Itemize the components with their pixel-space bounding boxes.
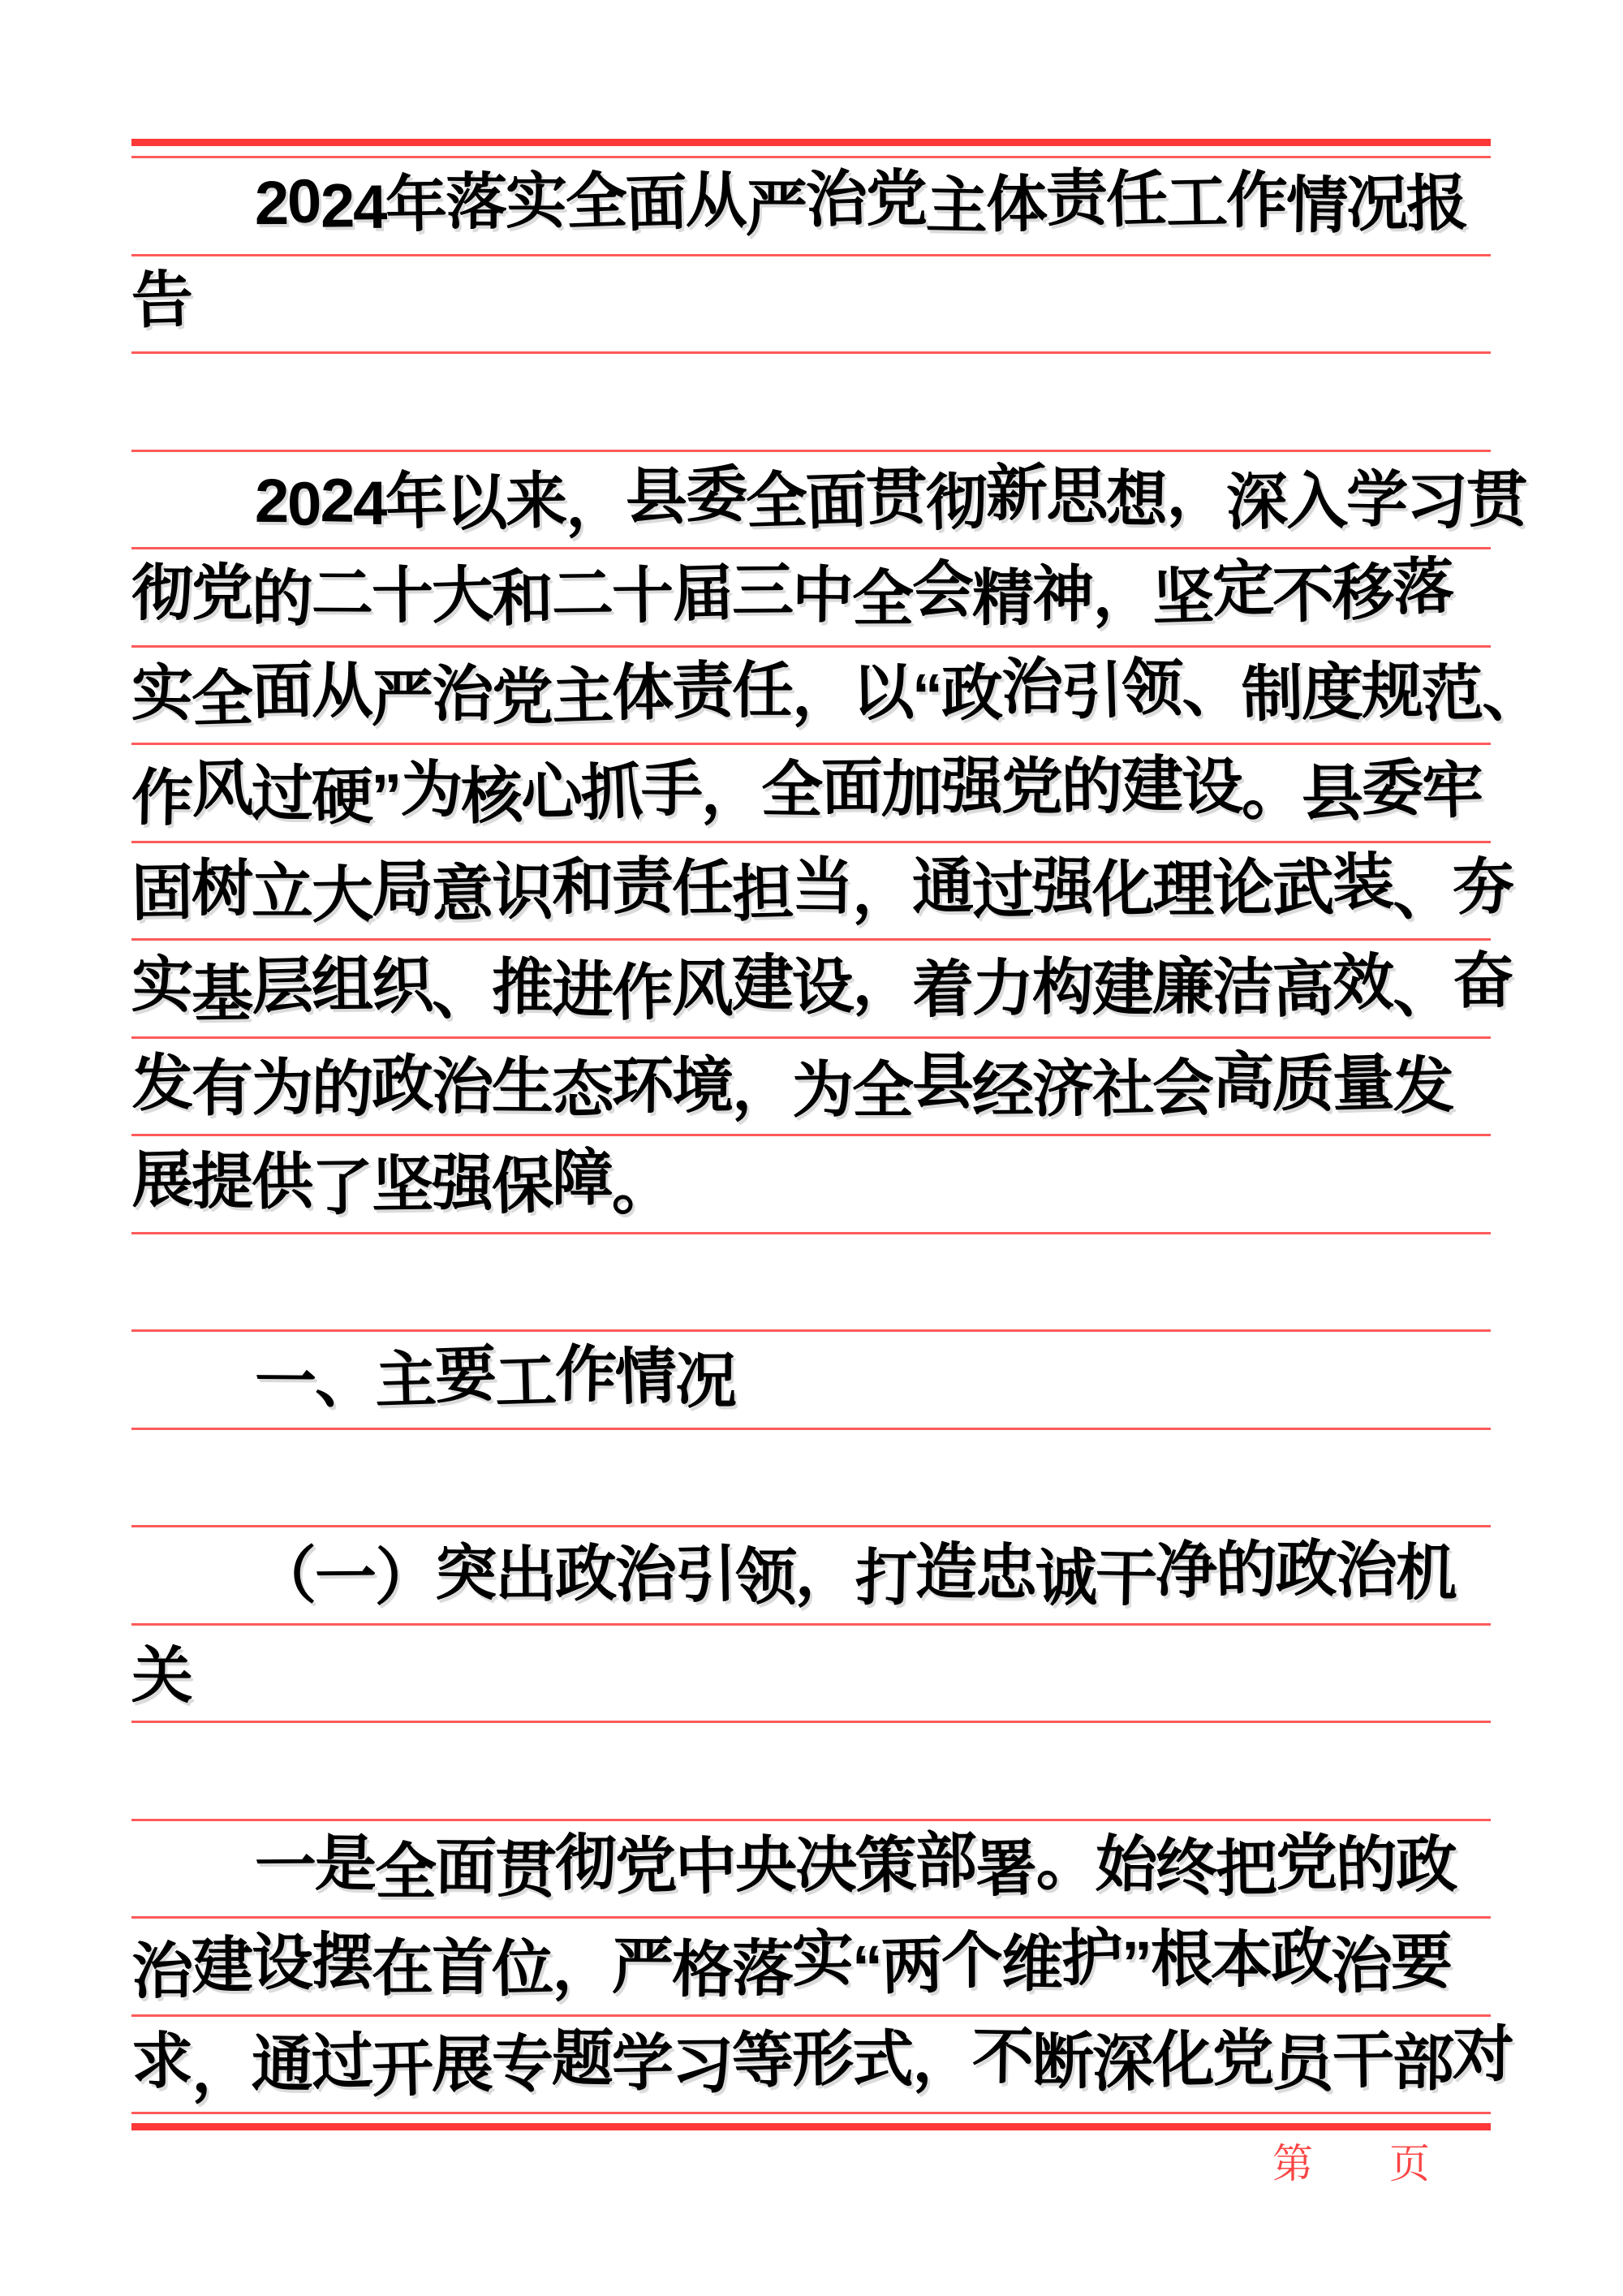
char-glyph: 干 [1095, 1529, 1156, 1628]
char-glyph: 摆 [311, 1913, 372, 2012]
char-glyph: 工 [1165, 153, 1227, 252]
char-glyph: 面 [434, 1817, 495, 1916]
char-glyph: 县 [1302, 745, 1363, 843]
char-glyph: 体 [986, 156, 1047, 255]
char-glyph: 新 [985, 444, 1046, 543]
char-glyph: 意 [430, 844, 493, 944]
char-glyph: 部 [915, 1811, 976, 1910]
char-glyph: 树 [192, 839, 252, 937]
char-glyph: 年 [385, 155, 446, 254]
char-glyph: 彻 [554, 1814, 616, 1913]
char-glyph: 实 [131, 936, 192, 1035]
char-glyph: 员 [1272, 2014, 1333, 2113]
char-glyph: 中 [674, 1817, 737, 1917]
char-glyph: 的 [1214, 1521, 1276, 1621]
char-glyph: （ [255, 1527, 315, 1625]
char-glyph: 突 [434, 1524, 496, 1623]
char-glyph: 本 [1210, 1911, 1272, 2010]
char-glyph: 廉 [1152, 937, 1212, 1036]
char-glyph: 习 [672, 2017, 733, 2115]
char-glyph: 县 [912, 1032, 973, 1131]
char-glyph: 全 [760, 741, 822, 840]
char-glyph: 风 [672, 940, 733, 1038]
char-glyph: 严 [611, 1918, 672, 2017]
char-glyph: 委 [1362, 739, 1423, 838]
char-glyph: 式 [852, 2010, 913, 2109]
char-glyph: 为 [400, 740, 462, 839]
char-glyph: 党 [492, 648, 552, 747]
char-glyph: 政 [554, 1525, 616, 1624]
page-number-prefix-label: 第 [1272, 2139, 1313, 2188]
section-heading-line: 一、主要工作情况 [131, 1326, 1614, 1429]
body-line: 治建设摆在首位，严格落实“两个维护”根本政治要 [131, 1911, 1492, 2016]
char-glyph: 诚 [1035, 1529, 1097, 1629]
char-glyph: 体 [611, 644, 673, 743]
char-glyph: 开 [370, 2019, 433, 2119]
char-glyph: 强 [431, 1134, 493, 1233]
char-glyph: 决 [795, 1816, 856, 1915]
char-glyph: 党 [613, 1816, 677, 1916]
char-glyph: 治 [1335, 1521, 1397, 1621]
char-glyph: 着 [911, 941, 974, 1040]
char-glyph: 面 [624, 154, 687, 254]
char-glyph: 求 [131, 2012, 192, 2111]
char-glyph: 十 [611, 547, 672, 646]
char-glyph: 设 [790, 937, 854, 1037]
char-glyph: 化 [1151, 2010, 1213, 2109]
char-glyph: 作 [554, 1325, 616, 1424]
char-glyph: 入 [1286, 452, 1347, 551]
char-glyph: 主 [373, 1331, 437, 1431]
char-glyph: 干 [1332, 2011, 1393, 2110]
char-glyph: 忠 [975, 1524, 1036, 1623]
char-glyph: 面 [804, 451, 867, 551]
char-glyph: 党 [1276, 1813, 1337, 1911]
char-glyph: 装 [1331, 832, 1394, 932]
char-glyph: 会 [912, 541, 972, 640]
char-glyph: 贯 [865, 447, 928, 547]
char-glyph: 2 [255, 154, 288, 252]
char-glyph: ， [1165, 444, 1228, 544]
char-glyph: 彻 [924, 453, 987, 553]
char-glyph: ” [1121, 1915, 1151, 2013]
char-glyph: 想 [1105, 450, 1167, 549]
char-glyph: 政 [941, 644, 1001, 743]
char-glyph: 过 [310, 2012, 373, 2112]
char-glyph: ， [792, 644, 852, 742]
char-glyph: 主 [925, 157, 987, 256]
char-glyph: 以 [445, 454, 506, 553]
char-glyph: 十 [371, 547, 432, 646]
body-line: 2024年以来，县委全面贯彻新思想，深入学习贯 [131, 446, 1614, 549]
char-glyph: 从 [312, 642, 372, 740]
char-glyph: 把 [1215, 1820, 1276, 1919]
char-glyph: 、 [1392, 941, 1453, 1040]
char-glyph: 规 [1362, 642, 1422, 740]
char-glyph: ， [551, 1918, 613, 2017]
char-glyph: 专 [492, 2015, 552, 2113]
char-glyph: 推 [491, 938, 552, 1037]
char-glyph: 、 [1180, 639, 1243, 739]
char-glyph: 度 [1302, 644, 1362, 742]
char-glyph: 加 [881, 741, 941, 839]
char-glyph: 工 [493, 1332, 556, 1432]
char-glyph: 和 [552, 838, 612, 937]
char-glyph: 届 [670, 544, 733, 644]
page-number-suffix-label: 页 [1389, 2139, 1430, 2188]
char-glyph: 治 [614, 1525, 677, 1625]
char-glyph: 深 [1091, 2014, 1154, 2113]
char-glyph: 。 [611, 1139, 673, 1238]
char-glyph: 量 [1331, 1033, 1394, 1133]
char-glyph: ， [852, 842, 913, 940]
char-glyph: 全 [190, 649, 253, 749]
char-glyph: 强 [1031, 837, 1093, 936]
char-glyph: 强 [941, 737, 1002, 836]
char-glyph: 环 [611, 1036, 672, 1135]
char-glyph: 层 [250, 937, 312, 1036]
char-glyph: 不 [1272, 546, 1333, 645]
char-glyph: ， [701, 743, 762, 841]
char-glyph: 。 [1242, 743, 1302, 842]
char-glyph: 境 [671, 1036, 732, 1135]
char-glyph: 洁 [1212, 938, 1272, 1036]
char-glyph: 范 [1420, 644, 1483, 743]
char-glyph: 为 [251, 1038, 313, 1138]
subsection-heading-line: （一）突出政治引领，打造忠诚干净的政治机 [131, 1523, 1614, 1625]
char-glyph: 制 [1240, 644, 1302, 743]
char-glyph: 引 [674, 1525, 736, 1624]
char-glyph: 三 [732, 542, 793, 640]
char-glyph: 2 [255, 451, 288, 549]
body-line: 彻党的二十大和二十届三中全会精神，坚定不移落 [131, 542, 1492, 647]
char-glyph: 、 [315, 1331, 375, 1429]
char-glyph: 彻 [131, 545, 192, 644]
char-glyph: 造 [915, 1523, 976, 1622]
char-glyph: 净 [1156, 1522, 1216, 1620]
char-glyph: 作 [611, 943, 674, 1043]
subsection-heading-line: 关 [131, 1620, 1491, 1723]
char-glyph: 落 [1391, 537, 1453, 637]
char-glyph: ， [794, 1525, 856, 1624]
char-glyph: 落 [445, 153, 506, 252]
char-glyph: 提 [192, 1133, 252, 1231]
char-glyph: 主 [550, 647, 613, 747]
char-glyph: 、 [1481, 644, 1543, 743]
char-glyph: 硬 [311, 747, 373, 847]
document-page: 2024年落实全面从严治党主体责任工作情况报告2024年以来，县委全面贯彻新思想… [0, 0, 1623, 2296]
char-glyph: 会 [1152, 1039, 1213, 1137]
char-glyph: 责 [670, 641, 733, 741]
body-line: 作风过硬”为核心抓手，全面加强党的建设。县委牢 [131, 739, 1491, 842]
char-glyph: 4 [353, 454, 385, 552]
char-glyph: 、 [432, 943, 492, 1041]
char-glyph: 了 [311, 1139, 372, 1238]
char-glyph: 高 [1271, 940, 1334, 1040]
char-glyph: 中 [791, 546, 853, 645]
char-glyph: ” [370, 747, 403, 846]
char-glyph: 面 [251, 641, 313, 741]
char-glyph: 建 [732, 934, 793, 1033]
char-glyph: 定 [1211, 539, 1274, 639]
char-glyph: 大 [430, 545, 493, 645]
char-glyph: 治 [1330, 1916, 1393, 2016]
char-glyph: 一 [255, 1816, 316, 1915]
char-glyph: 核 [459, 747, 522, 846]
char-glyph: ， [850, 933, 913, 1032]
char-glyph: ， [732, 1038, 792, 1136]
char-glyph: 始 [1095, 1815, 1156, 1914]
char-glyph: 的 [1061, 738, 1122, 837]
char-glyph: 供 [251, 1132, 313, 1232]
char-glyph: 落 [731, 1919, 793, 2018]
char-glyph: 全 [852, 550, 912, 648]
char-glyph: 社 [1091, 1040, 1154, 1139]
footer-rule-thick [131, 2123, 1491, 2130]
char-glyph: 署 [975, 1819, 1037, 1919]
char-glyph: 贯 [495, 1821, 556, 1920]
char-glyph: 过 [971, 842, 1033, 941]
char-glyph: 来 [505, 451, 566, 550]
char-glyph: 立 [252, 843, 312, 941]
char-glyph: 构 [1032, 938, 1092, 1036]
char-glyph: 固 [131, 843, 192, 942]
char-glyph: 的 [1334, 1816, 1397, 1915]
char-glyph: ， [911, 2010, 973, 2109]
char-glyph: 奋 [1452, 932, 1513, 1031]
char-glyph: “ [852, 1919, 882, 2017]
char-glyph: 政 [1275, 1519, 1337, 1618]
char-glyph: 情 [613, 1327, 677, 1427]
char-glyph: 2 [320, 157, 354, 255]
char-glyph: 化 [1091, 839, 1154, 939]
char-glyph: 况 [1345, 154, 1408, 254]
char-glyph: 是 [314, 1814, 376, 1913]
char-glyph: 展 [432, 2016, 492, 2114]
char-glyph: 态 [550, 1040, 613, 1139]
char-glyph: 全 [375, 1823, 435, 1921]
char-glyph: 治 [1001, 638, 1061, 736]
char-glyph: 坚 [1151, 548, 1214, 648]
char-glyph: 的 [311, 1040, 372, 1139]
char-glyph: 党 [192, 544, 252, 642]
char-glyph: 全 [852, 1041, 912, 1139]
char-glyph: 当 [791, 837, 853, 936]
char-glyph: 党 [1001, 738, 1062, 837]
char-glyph: 党 [866, 150, 926, 248]
char-glyph: 一 [314, 1529, 375, 1628]
body-line: 展提供了坚强保障。 [131, 1130, 1491, 1234]
char-glyph: 全 [744, 451, 807, 551]
char-glyph: 对 [1453, 2005, 1513, 2103]
char-glyph: 年 [384, 451, 447, 551]
char-glyph: 严 [746, 160, 807, 259]
char-glyph: 要 [433, 1325, 497, 1425]
char-glyph: 效 [1332, 933, 1393, 1032]
char-glyph: 部 [1392, 2014, 1453, 2113]
char-glyph: 告 [130, 250, 192, 350]
char-glyph: 0 [286, 454, 321, 554]
char-glyph: “ [912, 647, 941, 745]
char-glyph: 关 [131, 1626, 192, 1725]
char-glyph: 作 [131, 749, 192, 848]
char-glyph: 任 [671, 838, 733, 937]
body-line: 发有为的政治生态环境，为全县经济社会高质量发 [131, 1036, 1491, 1136]
char-glyph: 通 [251, 2015, 312, 2114]
char-glyph: 出 [494, 1526, 555, 1625]
char-glyph: 思 [1046, 447, 1107, 546]
char-glyph: 治 [804, 149, 867, 249]
char-glyph: 等 [730, 2010, 794, 2110]
title-line: 告 [131, 250, 1491, 353]
char-glyph: 题 [551, 2009, 613, 2108]
char-glyph: 央 [735, 1816, 796, 1914]
header-rule-thick [131, 139, 1491, 146]
char-glyph: 展 [131, 1131, 193, 1230]
char-glyph: 形 [791, 2010, 853, 2109]
char-glyph: 严 [372, 649, 433, 747]
char-glyph: 有 [192, 1039, 252, 1138]
char-glyph: ） [374, 1529, 436, 1628]
char-glyph: 学 [611, 2014, 673, 2113]
char-glyph: 担 [730, 844, 793, 944]
char-glyph: 深 [1225, 452, 1287, 551]
page-number-footer: 第 页 [1272, 2139, 1430, 2188]
char-glyph: 抓 [579, 743, 643, 842]
char-glyph: 政 [1269, 1908, 1332, 2008]
char-glyph: 任 [732, 641, 792, 739]
char-glyph: 风 [190, 739, 253, 839]
char-glyph: 作 [1226, 152, 1287, 251]
char-glyph: 实 [506, 153, 566, 251]
char-glyph: 精 [972, 549, 1032, 648]
char-glyph: 一 [254, 1333, 315, 1432]
char-glyph: 建 [1121, 736, 1182, 835]
char-glyph: 生 [491, 1037, 552, 1136]
body-line: 固树立大局意识和责任担当，通过强化理论武装、夯 [131, 837, 1491, 940]
char-glyph: 责 [611, 837, 672, 936]
char-glyph: 不 [971, 2007, 1033, 2106]
char-glyph: 经 [971, 1041, 1032, 1140]
char-glyph: 报 [1405, 153, 1468, 253]
char-glyph: 况 [675, 1332, 735, 1430]
char-glyph: 和 [491, 549, 553, 648]
char-glyph: 牢 [1420, 741, 1483, 841]
char-glyph: 进 [551, 941, 613, 1040]
char-glyph: 组 [311, 936, 372, 1035]
char-glyph: 委 [686, 446, 746, 544]
char-glyph: 0 [286, 152, 321, 251]
char-glyph: 面 [820, 738, 881, 837]
char-glyph: 贯 [1466, 450, 1527, 549]
char-glyph: 终 [1155, 1818, 1216, 1917]
char-glyph: 大 [311, 846, 372, 945]
char-glyph: 全 [564, 152, 627, 252]
char-glyph: 障 [552, 1129, 612, 1227]
char-glyph: 县 [626, 447, 687, 545]
char-glyph: 设 [1181, 738, 1242, 837]
char-glyph: 济 [1031, 1040, 1093, 1139]
char-glyph: 领 [735, 1529, 796, 1627]
char-glyph: 夯 [1451, 838, 1513, 937]
char-glyph: 断 [1032, 2012, 1093, 2111]
char-glyph: 机 [1395, 1524, 1457, 1623]
char-glyph: 的 [252, 550, 312, 648]
char-glyph: 设 [252, 1914, 312, 2012]
char-glyph: 移 [1332, 544, 1393, 643]
char-glyph: 要 [1391, 1913, 1452, 2012]
char-glyph: 治 [432, 644, 493, 743]
char-glyph: 、 [1392, 842, 1453, 941]
char-glyph: 神 [1032, 545, 1092, 644]
char-glyph: 识 [491, 842, 553, 941]
char-glyph: 心 [520, 743, 583, 842]
char-glyph: 在 [371, 1919, 432, 2018]
char-glyph: 打 [855, 1529, 916, 1628]
char-glyph: 政 [1395, 1816, 1457, 1915]
char-glyph: 4 [352, 158, 385, 256]
char-glyph: 学 [1345, 450, 1407, 549]
body-line: 实基层组织、推进作风建设，着力构建廉洁高效、奋 [131, 935, 1491, 1038]
char-glyph: 局 [372, 840, 433, 938]
char-glyph: 保 [490, 1136, 553, 1236]
char-glyph: 力 [971, 940, 1032, 1039]
char-glyph: 个 [941, 1912, 1001, 2010]
char-glyph: 党 [1212, 2009, 1272, 2108]
char-glyph: 质 [1272, 1035, 1333, 1134]
char-glyph: 建 [1092, 940, 1153, 1038]
char-glyph: 责 [1045, 149, 1106, 248]
char-glyph: 织 [370, 937, 433, 1036]
char-glyph: 以 [851, 643, 914, 743]
char-glyph: 任 [1104, 150, 1168, 250]
char-glyph: 为 [791, 1040, 854, 1140]
char-glyph: ， [1091, 544, 1153, 644]
char-glyph: 治 [431, 1037, 493, 1136]
char-glyph: 理 [1152, 840, 1212, 938]
char-glyph: 位 [491, 1919, 553, 2018]
char-glyph: 论 [1212, 839, 1273, 937]
char-glyph: 维 [1001, 1915, 1062, 2014]
char-glyph: 情 [1285, 157, 1347, 256]
char-glyph: 领 [1121, 639, 1182, 738]
body-line: 实全面从严治党主体责任，以“政治引领、制度规范、 [131, 640, 1492, 745]
char-glyph: 2 [319, 451, 354, 550]
body-line: 一是全面贯彻党中央决策部署。始终把党的政 [131, 1811, 1615, 1918]
body-line: 求，通过开展专题学习等形式，不断深化党员干部对 [131, 2009, 1492, 2113]
char-glyph: 习 [1406, 452, 1467, 551]
char-glyph: 护 [1060, 1908, 1123, 2008]
char-glyph: 二 [312, 545, 372, 643]
char-glyph: ， [566, 454, 626, 554]
char-glyph: 引 [1060, 641, 1123, 741]
char-glyph: 坚 [371, 1135, 433, 1234]
char-glyph: 治 [131, 1923, 192, 2021]
char-glyph: 武 [1271, 838, 1333, 938]
char-glyph: 策 [854, 1816, 916, 1915]
title-line: 2024年落实全面从严治党主体责任工作情况报 [131, 151, 1615, 256]
char-glyph: 基 [191, 945, 252, 1044]
char-glyph: 从 [686, 152, 747, 251]
char-glyph: 政 [371, 1034, 433, 1133]
char-glyph: 实 [131, 644, 192, 743]
char-glyph: 过 [252, 745, 312, 843]
char-glyph: 。 [1034, 1812, 1097, 1912]
char-glyph: 手 [640, 740, 702, 839]
char-glyph: 两 [880, 1917, 942, 2017]
char-glyph: 二 [551, 545, 612, 644]
char-glyph: 建 [191, 1917, 252, 2016]
